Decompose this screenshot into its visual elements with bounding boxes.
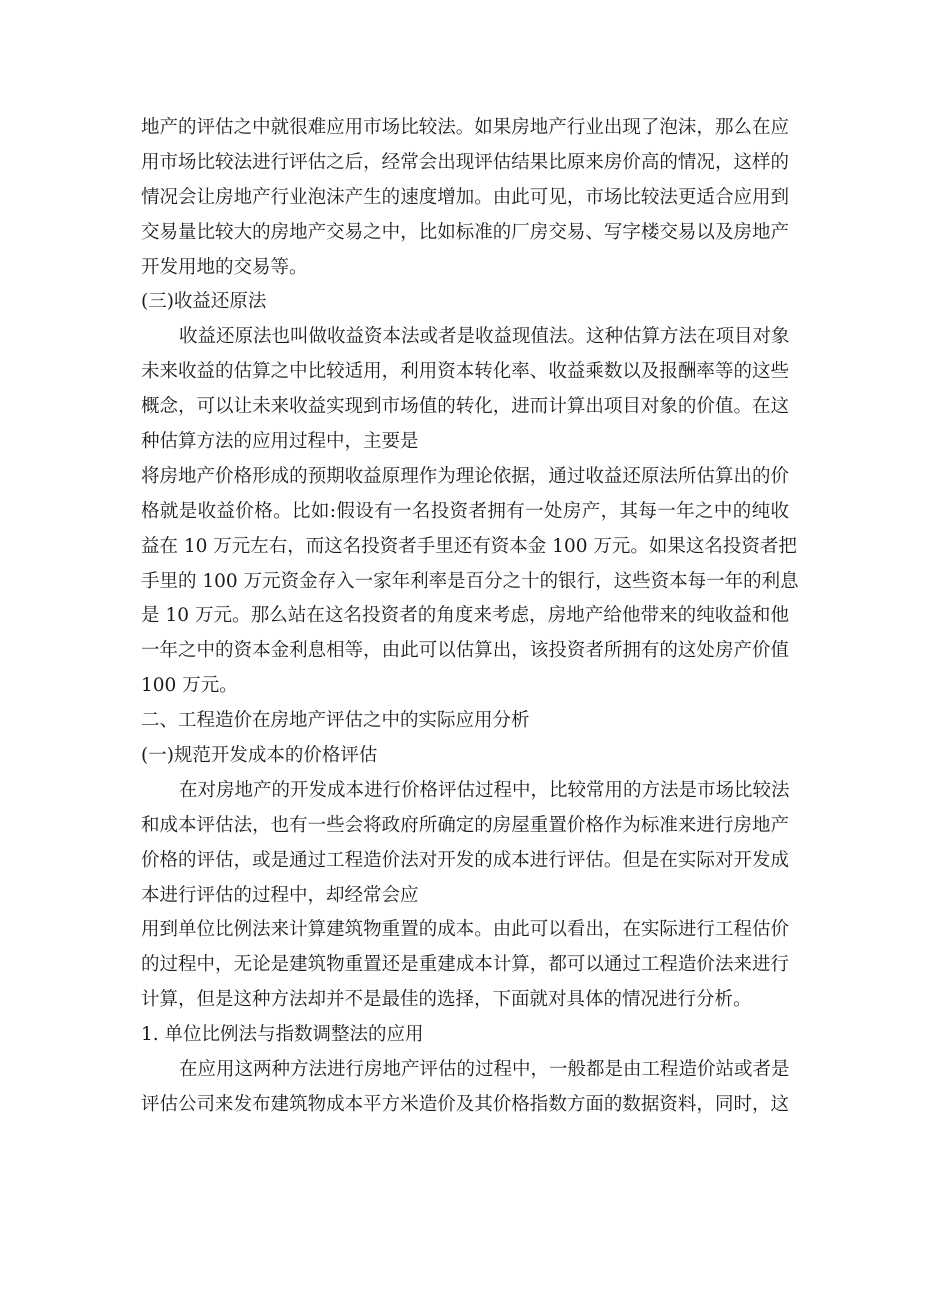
paragraph-line: 概念，可以让未来收益实现到市场值的转化，进而计算出项目对象的价值。在这 [141, 390, 789, 425]
paragraph-line: 收益还原法也叫做收益资本法或者是收益现值法。这种估算方法在项目对象 [141, 320, 789, 355]
paragraph-line: 100 万元。 [141, 669, 789, 704]
paragraph-line: 地产的评估之中就很难应用市场比较法。如果房地产行业出现了泡沫，那么在应 [141, 111, 789, 146]
paragraph-line: 种估算方法的应用过程中，主要是 [141, 425, 789, 460]
paragraph-line: 手里的 100 万元资金存入一家年利率是百分之十的银行，这些资本每一年的利息 [141, 565, 789, 600]
paragraph-line: 用到单位比例法来计算建筑物重置的成本。由此可以看出，在实际进行工程估价 [141, 913, 789, 948]
paragraph-line: 交易量比较大的房地产交易之中，比如标准的厂房交易、写字楼交易以及房地产 [141, 216, 789, 251]
paragraph-line: 开发用地的交易等。 [141, 251, 789, 286]
section-heading-income-capitalization: (三)收益还原法 [141, 285, 789, 320]
paragraph-line: 未来收益的估算之中比较适用，利用资本转化率、收益乘数以及报酬率等的这些 [141, 355, 789, 390]
subsection-heading-development-cost: (一)规范开发成本的价格评估 [141, 739, 789, 774]
paragraph-line: 一年之中的资本金利息相等，由此可以估算出，该投资者所拥有的这处房产价值 [141, 634, 789, 669]
paragraph-line: 在应用这两种方法进行房地产评估的过程中，一般都是由工程造价站或者是 [141, 1053, 789, 1088]
paragraph-line: 情况会让房地产行业泡沫产生的速度增加。由此可见，市场比较法更适合应用到 [141, 181, 789, 216]
paragraph-line: 在对房地产的开发成本进行价格评估过程中，比较常用的方法是市场比较法 [141, 774, 789, 809]
paragraph-line: 是 10 万元。那么站在这名投资者的角度来考虑，房地产给他带来的纯收益和他 [141, 599, 789, 634]
paragraph-line: 益在 10 万元左右，而这名投资者手里还有资本金 100 万元。如果这名投资者把 [141, 530, 789, 565]
numbered-heading-unit-ratio-method: 1. 单位比例法与指数调整法的应用 [141, 1018, 789, 1053]
paragraph-line: 本进行评估的过程中，却经常会应 [141, 879, 789, 914]
paragraph-line: 将房地产价格形成的预期收益原理作为理论依据，通过收益还原法所估算出的价 [141, 460, 789, 495]
paragraph-line: 评估公司来发布建筑物成本平方米造价及其价格指数方面的数据资料，同时，这 [141, 1088, 789, 1123]
paragraph-line: 格就是收益价格。比如:假设有一名投资者拥有一处房产，其每一年之中的纯收 [141, 495, 789, 530]
paragraph-line: 价格的评估，或是通过工程造价法对开发的成本进行评估。但是在实际对开发成 [141, 844, 789, 879]
document-page: 地产的评估之中就很难应用市场比较法。如果房地产行业出现了泡沫，那么在应 用市场比… [141, 111, 789, 1123]
paragraph-line: 的过程中，无论是建筑物重置还是重建成本计算，都可以通过工程造价法来进行 [141, 948, 789, 983]
paragraph-line: 和成本评估法，也有一些会将政府所确定的房屋重置价格作为标准来进行房地产 [141, 809, 789, 844]
section-heading-application-analysis: 二、工程造价在房地产评估之中的实际应用分析 [141, 704, 789, 739]
paragraph-line: 用市场比较法进行评估之后，经常会出现评估结果比原来房价高的情况，这样的 [141, 146, 789, 181]
paragraph-line: 计算，但是这种方法却并不是最佳的选择，下面就对具体的情况进行分析。 [141, 983, 789, 1018]
